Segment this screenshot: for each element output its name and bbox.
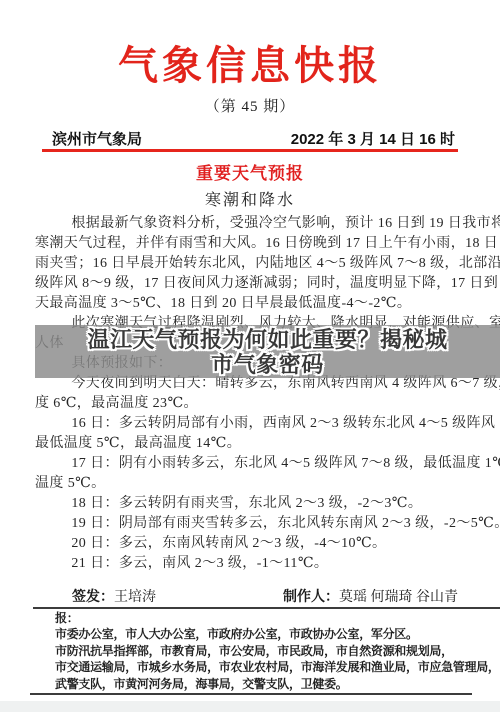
page-bottom-edge xyxy=(0,701,500,712)
issuer-label: 签发： xyxy=(72,588,114,604)
forecast-line: 17 日：阴有小雨转多云，东北风 4～5 级阵风 7～8 级，最低温度 1℃，最… xyxy=(35,454,467,474)
forecast-line: 20 日：多云，东南风转南风 2～3 级，-4～10℃。 xyxy=(35,534,467,554)
issue-number: （第 45 期） xyxy=(0,95,500,116)
watermark-banner: 温江天气预报为何如此重要？揭秘城 市气象密码 xyxy=(35,325,500,378)
forecast-line: 度 6℃，最高温度 23℃。 xyxy=(35,394,467,414)
distribution-label: 报： xyxy=(55,610,487,626)
watermark-headline-line1: 温江天气预报为何如此重要？揭秘城 xyxy=(87,327,447,352)
agency-name: 滨州市气象局 xyxy=(52,128,142,149)
maker-field: 制作人：莫瑶 何瑞琦 谷山青 xyxy=(283,586,458,606)
bulletin-page: 气象信息快报 （第 45 期） 滨州市气象局 2022 年 3 月 14 日 1… xyxy=(0,0,500,712)
divider-top xyxy=(33,607,500,609)
forecast-line: 18 日：多云转阴有雨夹雪，东北风 2～3 级，-2～3℃。 xyxy=(35,494,467,514)
divider-bottom xyxy=(30,693,472,695)
forecast-line: 天最高温度 3～5℃、18 日到 20 日早晨最低温度-4～-2℃。 xyxy=(35,294,467,314)
distribution-line: 市交通运输局，市城乡水务局，市农业农村局，市海洋发展和渔业局，市应急管理局， xyxy=(55,659,487,675)
signature-row: 签发：王培涛 制作人：莫瑶 何瑞琦 谷山青 xyxy=(0,586,500,604)
publish-datetime: 2022 年 3 月 14 日 16 时 xyxy=(291,128,455,149)
forecast-line: 温度 5℃。 xyxy=(35,474,467,494)
bulletin-heading: 重要天气预报 xyxy=(0,159,500,184)
forecast-line: 16 日：多云转阴局部有小雨，西南风 2～3 级转东北风 4～5 级阵风 7～8… xyxy=(35,414,467,434)
maker-names: 莫瑶 何瑞琦 谷山青 xyxy=(339,590,458,605)
forecast-line: 雨夹雪；16 日早晨开始转东北风，内陆地区 4～5 级阵风 7～8 级，北部沿海… xyxy=(35,254,467,274)
issuer-name: 王培涛 xyxy=(114,590,156,605)
bulletin-subheading: 寒潮和降水 xyxy=(0,187,500,210)
forecast-body: 根据最新气象资料分析，受强冷空气影响，预计 16 日到 19 日我市将有一次 寒… xyxy=(35,214,467,574)
header-red-rule xyxy=(42,149,458,152)
maker-label: 制作人： xyxy=(283,588,339,604)
distribution-line: 武警支队，市黄河河务局，海事局，交警支队，卫健委。 xyxy=(55,676,487,692)
forecast-line: 级阵风 8～9 级，17 日夜间风力逐渐减弱；同时，温度明显下降，17 日到 1… xyxy=(35,274,467,294)
forecast-line: 19 日：阴局部有雨夹雪转多云，东北风转东南风 2～3 级，-2～5℃。 xyxy=(35,514,467,534)
issuer-field: 签发：王培涛 xyxy=(72,590,156,605)
header-row: 滨州市气象局 2022 年 3 月 14 日 16 时 xyxy=(52,128,455,149)
forecast-line: 根据最新气象资料分析，受强冷空气影响，预计 16 日到 19 日我市将有一次 xyxy=(35,214,467,234)
distribution-list: 报： 市委办公室，市人大办公室，市政府办公室，市政协办公室，军分区。 市防汛抗旱… xyxy=(55,610,487,692)
doc-title: 气象信息快报 xyxy=(0,34,500,91)
forecast-line: 21 日：多云，南风 2～3 级，-1～11℃。 xyxy=(35,554,467,574)
watermark-headline-line2: 市气象密码 xyxy=(211,352,324,377)
distribution-line: 市委办公室，市人大办公室，市政府办公室，市政协办公室，军分区。 xyxy=(55,626,487,642)
distribution-line: 市防汛抗旱指挥部，市教育局，市公安局，市民政局，市自然资源和规划局， xyxy=(55,643,487,659)
forecast-line: 寒潮天气过程，并伴有雨雪和大风。16 日傍晚到 17 日上午有小雨，18 日白天… xyxy=(35,234,467,254)
forecast-line: 最低温度 5℃，最高温度 14℃。 xyxy=(35,434,467,454)
